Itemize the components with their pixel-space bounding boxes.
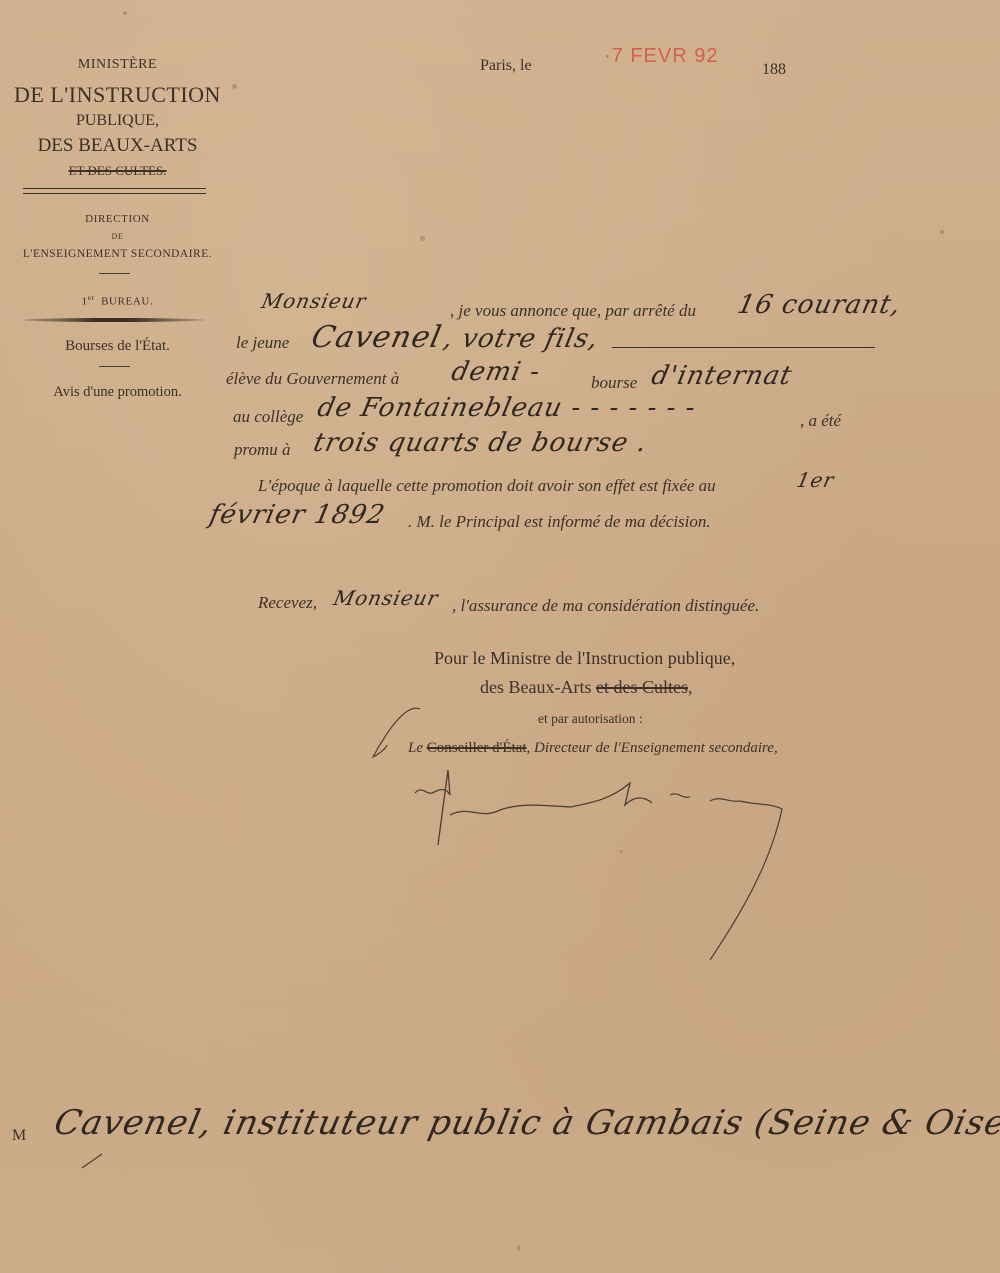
double-rule-bottom <box>23 193 206 194</box>
body-line-7-print: . M. le Principal est informé de ma déci… <box>408 512 711 532</box>
conseiller-struck: Conseiller d'État <box>427 740 527 756</box>
bourse-type-hand: demi - <box>449 357 543 387</box>
signature-line-1: Pour le Ministre de l'Instruction publiq… <box>434 648 735 669</box>
bureau-ordinal: er <box>88 294 95 302</box>
student-name-hand: Cavenel <box>308 320 445 355</box>
ornamental-rule <box>22 318 205 322</box>
closing-print-b: , l'assurance de ma considération distin… <box>452 596 759 616</box>
signature-line-2: des Beaux-Arts et des Cultes, <box>480 677 692 698</box>
address-hand: Cavenel, instituteur public à Gambais (S… <box>51 1103 1000 1143</box>
letterhead-object: Avis d'une promotion. <box>0 384 235 401</box>
letterhead-subject: Bourses de l'État. <box>0 338 235 355</box>
date-stamp: ·7 FEVR 92 <box>604 45 718 68</box>
paper-background <box>0 0 1000 1273</box>
paper-speck <box>940 230 944 234</box>
paper-speck <box>123 11 127 15</box>
body-line-4-print-b: , a été <box>800 411 841 431</box>
paper-speck <box>420 236 425 241</box>
fill-line <box>612 347 875 348</box>
body-line-3-print-a: élève du Gouvernement à <box>226 369 399 389</box>
beaux-arts-text: des Beaux-Arts <box>480 677 591 697</box>
address-prefix: M <box>12 1127 26 1145</box>
pen-stroke-icon <box>80 1150 105 1170</box>
letterhead-enseignement: L'ENSEIGNEMENT SECONDAIRE. <box>0 248 235 260</box>
cultes-struck: et des Cultes <box>596 677 688 697</box>
signature-line-3: et par autorisation : <box>538 711 643 727</box>
college-hand: de Fontainebleau - - - - - - - <box>315 393 699 423</box>
letterhead-direction-de: DE <box>0 232 235 241</box>
paper-speck <box>517 1245 520 1251</box>
promotion-hand: trois quarts de bourse . <box>311 428 650 458</box>
letterhead-cultes-struck: ET DES CULTES. <box>0 163 235 179</box>
letterhead-bureau: 1er BUREAU. <box>0 294 235 308</box>
body-line-1-hand: 16 courant, <box>735 290 904 320</box>
body-line-4-print-a: au collège <box>233 407 303 427</box>
body-line-5-print: promu à <box>234 440 291 460</box>
closing-hand: Monsieur <box>331 586 440 610</box>
effective-month-year-hand: février 1892 <box>207 500 388 530</box>
letterhead-ministry: MINISTÈRE <box>0 57 235 73</box>
handwritten-flourish-icon <box>365 705 425 765</box>
comma: , <box>688 677 693 697</box>
body-line-6-print: L'époque à laquelle cette promotion doit… <box>258 476 716 496</box>
letterhead-publique: PUBLIQUE, <box>0 112 235 130</box>
bureau-label: BUREAU. <box>101 296 153 308</box>
salutation-handwritten: Monsieur <box>259 289 368 313</box>
letterhead-beaux-arts: DES BEAUX-ARTS <box>0 135 235 157</box>
letterhead-instruction: DE L'INSTRUCTION <box>0 82 235 108</box>
regime-hand: d'internat <box>649 361 795 391</box>
relationship-hand: , votre fils, <box>441 324 602 354</box>
body-line-3-print-b: bourse <box>591 373 637 393</box>
directeur-text: , Directeur de l'Enseignement secondaire… <box>527 740 778 756</box>
director-signature-icon <box>410 765 790 965</box>
rule-divider <box>99 273 130 274</box>
rule-divider <box>99 366 130 367</box>
dateline-year-prefix: 188 <box>762 61 786 79</box>
dateline-place: Paris, le <box>480 57 532 75</box>
effective-day-hand: 1er <box>794 468 836 492</box>
double-rule-top <box>23 188 206 189</box>
body-line-2-print: le jeune <box>236 333 289 353</box>
letterhead-direction: DIRECTION <box>0 213 235 225</box>
signature-line-4: Le Conseiller d'État, Directeur de l'Ens… <box>408 740 778 757</box>
closing-print-a: Recevez, <box>258 593 317 613</box>
body-line-1-print: , je vous annonce que, par arrêté du <box>450 301 696 321</box>
